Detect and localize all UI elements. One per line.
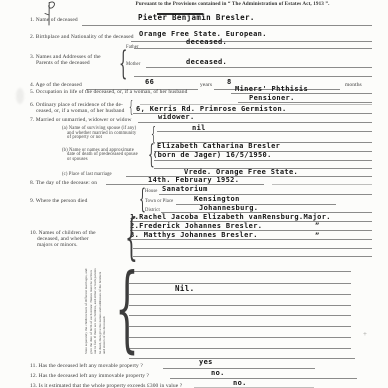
ruled-line xyxy=(159,194,372,195)
mother-value: deceased. xyxy=(186,59,227,66)
father-value: deceased. xyxy=(186,39,227,46)
item6-label-line2: ceased, or, if a woman, of her husband xyxy=(36,108,125,114)
item1-label: 1. Name of deceased xyxy=(30,17,78,23)
ruled-line xyxy=(157,131,372,132)
item5-value-line1: Miners' Phthisis xyxy=(235,86,308,93)
ruled-line xyxy=(133,248,372,249)
child-entry: 1.Rachel Jacoba Elizabeth vanRensburg.Ma… xyxy=(130,214,331,221)
scan-smudge xyxy=(16,88,24,104)
ruled-line xyxy=(131,41,372,42)
ruled-line xyxy=(129,294,351,295)
item4-years-value: 66 xyxy=(145,79,154,86)
ruled-line xyxy=(238,102,372,103)
ruled-line xyxy=(129,337,351,338)
ruled-line xyxy=(129,315,351,316)
ruled-line xyxy=(129,326,351,327)
item9-district-label: District xyxy=(145,208,160,213)
item8-label: 8. The day of the decease: on xyxy=(30,180,97,186)
mother-label: Mother xyxy=(126,62,140,67)
ruled-line xyxy=(133,256,372,257)
item7-value: widower. xyxy=(158,114,195,121)
item7c-value: Vrede. Orange Free State. xyxy=(184,169,298,176)
item6-value: 6, Kerris Rd. Primrose Germiston. xyxy=(136,106,287,113)
item9-label: 9. Where the person died xyxy=(30,198,87,204)
item5-label: 5. Occupation in life of the deceased, o… xyxy=(30,89,187,95)
father-label: Father xyxy=(126,45,139,50)
ruled-line xyxy=(272,184,372,185)
side-note: State separately the children born of di… xyxy=(84,266,107,354)
item9-house-value: Sanatorium xyxy=(162,186,208,193)
item9-town-label: Town or Place xyxy=(145,199,173,204)
item7b-label-line3: or spouses xyxy=(67,157,88,162)
ruled-line xyxy=(138,122,372,123)
ruled-line xyxy=(129,271,351,272)
item13-label: 13. Is it estimated that the whole prope… xyxy=(30,383,182,388)
item2-label: 2. Birthplace and Nationality of the dec… xyxy=(30,34,134,40)
item3-label-line2: Parents of the deceased xyxy=(36,60,90,66)
item10-label-line3: majors or minors. xyxy=(37,242,78,248)
child-entry: 3. Matthys Johannes Bresler. xyxy=(130,232,258,239)
ruled-line xyxy=(146,67,372,68)
item12-value: no. xyxy=(211,370,225,377)
ruled-line xyxy=(134,48,372,49)
item9-house-label: House xyxy=(145,189,157,194)
item2-value: Orange Free State. European. xyxy=(139,31,267,38)
item9-town-value: Kensington xyxy=(194,196,240,203)
child-entry: 2.Frederick Johannes Bresler. xyxy=(130,223,262,230)
item5-value-line2: Pensioner. xyxy=(249,95,295,102)
ruled-line xyxy=(154,160,372,161)
item8-value: 14th. February 1952. xyxy=(148,177,239,184)
item7c-label: (c) Place of last marriage xyxy=(62,172,112,177)
form-header: Pursuant to the Provisions contained in … xyxy=(90,2,375,8)
item1-value: Pieter Benjamin Bresler. xyxy=(138,14,255,22)
item4-years-label: years xyxy=(200,82,212,88)
ruled-line xyxy=(129,358,355,359)
ruled-line xyxy=(170,378,357,379)
scan-artifact-plus: + xyxy=(363,330,367,338)
item13-value: no. xyxy=(233,380,247,387)
nil-value: Nil. xyxy=(175,285,194,293)
ruled-line xyxy=(129,305,351,306)
nil-section-brace: { xyxy=(115,262,139,356)
item7b-value-line2: (born de Jager) 16/5/1950. xyxy=(153,152,272,159)
ruled-line xyxy=(130,239,372,240)
death-notice-form: Pursuant to the Provisions contained in … xyxy=(0,0,388,388)
ruled-line xyxy=(129,348,351,349)
ruled-line xyxy=(82,25,372,26)
item7b-value-line1: Elizabeth Catharina Bresler xyxy=(157,143,280,150)
ruled-line xyxy=(163,368,315,369)
ruled-line xyxy=(129,283,351,284)
ruled-line xyxy=(134,76,372,77)
item7-label: 7. Married or unmarried, widower or wido… xyxy=(30,117,132,123)
item7a-label-line3: of property or not xyxy=(67,135,102,140)
item11-label: 11. Has the deceased left any movable pr… xyxy=(30,363,143,369)
item12-label: 12. Has the deceased left any immovable … xyxy=(30,373,149,379)
item11-value: yes xyxy=(199,359,213,366)
item4-months-value: 8 xyxy=(227,79,232,86)
item4-months-label: months xyxy=(345,82,362,88)
item4-label: 4. Age of the deceased xyxy=(30,82,82,88)
pen-mark xyxy=(42,0,60,28)
